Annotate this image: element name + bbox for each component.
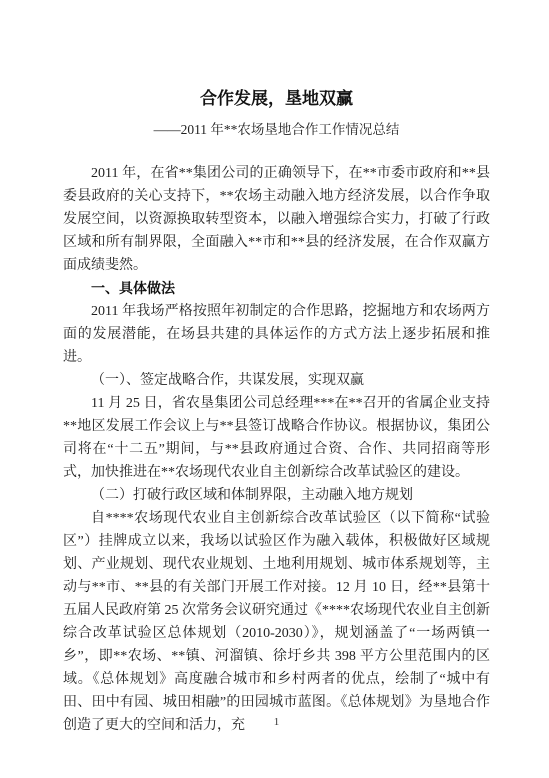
- document-page: 合作发展，垦地双赢 ——2011 年**农场垦地合作工作情况总结 2011 年，…: [0, 0, 549, 778]
- document-subtitle: ——2011 年**农场垦地合作工作情况总结: [63, 120, 490, 140]
- document-title: 合作发展，垦地双赢: [63, 87, 490, 111]
- subsection-heading-1: （一）、签定战略合作，共谋发展，实现双赢: [63, 369, 490, 392]
- paragraph-subsection-1: 11 月 25 日，省农垦集团公司总经理***在**召开的省属企业支持**地区发…: [63, 392, 490, 484]
- paragraph-subsection-2: 自****农场现代农业自主创新综合改革试验区（以下简称“试验区”）挂牌成立以来，…: [63, 507, 490, 737]
- paragraph-intro: 2011 年，在省**集团公司的正确领导下，在**市委市政府和**县委县政府的关…: [63, 162, 490, 277]
- subsection-heading-2: （二）打破行政区域和体制界限，主动融入地方规划: [63, 484, 490, 507]
- paragraph-section-1-intro: 2011 年我场严格按照年初制定的合作思路，挖掘地方和农场两方面的发展潜能，在场…: [63, 300, 490, 369]
- section-heading-1: 一、具体做法: [63, 277, 490, 300]
- page-number: 1: [63, 715, 490, 729]
- document-body: 2011 年，在省**集团公司的正确领导下，在**市委市政府和**县委县政府的关…: [63, 162, 490, 737]
